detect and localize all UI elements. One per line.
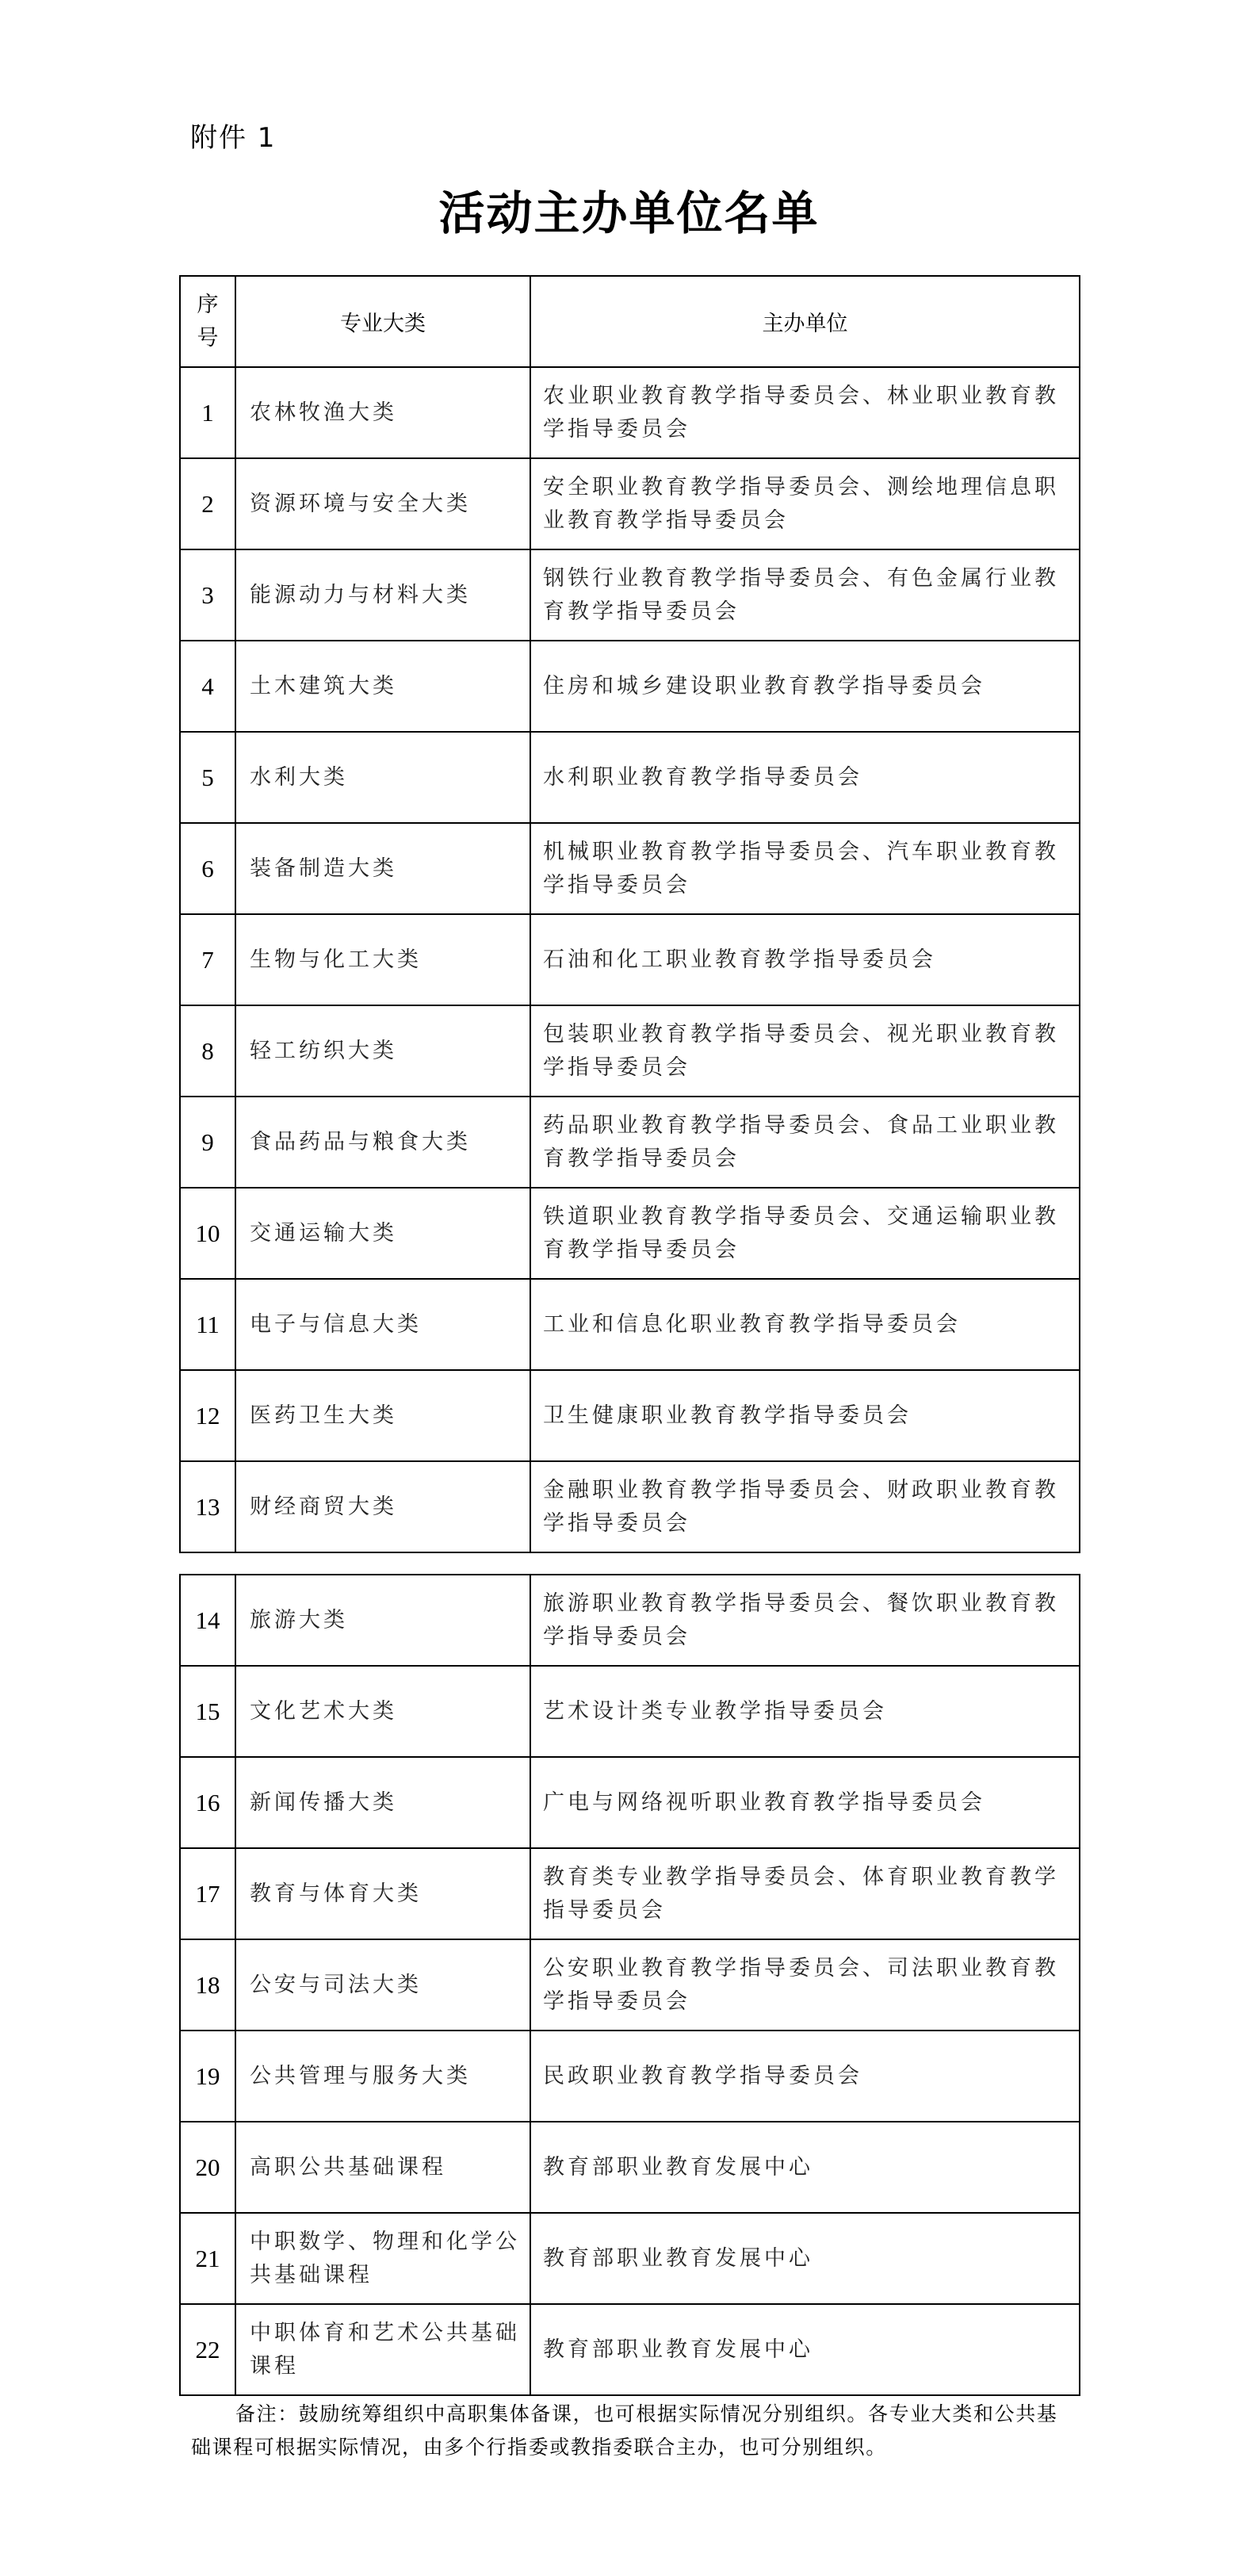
header-no: 序号 [180,276,235,367]
row-no: 9 [180,1097,235,1188]
row-category: 医药卫生大类 [235,1370,530,1461]
row-organizer: 住房和城乡建设职业教育教学指导委员会 [530,641,1080,732]
row-category: 轻工纺织大类 [235,1005,530,1097]
table-row: 6装备制造大类机械职业教育教学指导委员会、汽车职业教育教学指导委员会 [180,823,1080,914]
row-category: 公安与司法大类 [235,1939,530,2031]
row-no: 16 [180,1757,235,1848]
row-no: 6 [180,823,235,914]
attachment-label: 附件 1 [190,116,276,155]
table-row: 12医药卫生大类卫生健康职业教育教学指导委员会 [180,1370,1080,1461]
table-row: 15文化艺术大类艺术设计类专业教学指导委员会 [180,1666,1080,1757]
table-row: 18公安与司法大类公安职业教育教学指导委员会、司法职业教育教学指导委员会 [180,1939,1080,2031]
row-organizer: 广电与网络视听职业教育教学指导委员会 [530,1757,1080,1848]
row-no: 3 [180,549,235,641]
row-category: 文化艺术大类 [235,1666,530,1757]
row-organizer: 教育部职业教育发展中心 [530,2213,1080,2304]
row-organizer: 公安职业教育教学指导委员会、司法职业教育教学指导委员会 [530,1939,1080,2031]
row-organizer: 旅游职业教育教学指导委员会、餐饮职业教育教学指导委员会 [530,1575,1080,1666]
row-category: 能源动力与材料大类 [235,549,530,641]
row-category: 食品药品与粮食大类 [235,1097,530,1188]
table-row: 19公共管理与服务大类民政职业教育教学指导委员会 [180,2031,1080,2122]
organizer-table-part-2: 14旅游大类旅游职业教育教学指导委员会、餐饮职业教育教学指导委员会 15文化艺术… [179,1574,1080,2396]
row-category: 生物与化工大类 [235,914,530,1005]
row-no: 5 [180,732,235,823]
row-no: 19 [180,2031,235,2122]
row-no: 7 [180,914,235,1005]
row-organizer: 水利职业教育教学指导委员会 [530,732,1080,823]
row-organizer: 安全职业教育教学指导委员会、测绘地理信息职业教育教学指导委员会 [530,458,1080,549]
table-row: 3能源动力与材料大类钢铁行业教育教学指导委员会、有色金属行业教育教学指导委员会 [180,549,1080,641]
row-category: 土木建筑大类 [235,641,530,732]
table-row: 20高职公共基础课程教育部职业教育发展中心 [180,2122,1080,2213]
row-category: 中职体育和艺术公共基础课程 [235,2304,530,2395]
row-no: 1 [180,367,235,458]
table-row: 10交通运输大类铁道职业教育教学指导委员会、交通运输职业教育教学指导委员会 [180,1188,1080,1279]
row-no: 18 [180,1939,235,2031]
row-no: 14 [180,1575,235,1666]
table-row: 8轻工纺织大类包装职业教育教学指导委员会、视光职业教育教学指导委员会 [180,1005,1080,1097]
footnote: 备注：鼓励统筹组织中高职集体备课，也可根据实际情况分别组织。各专业大类和公共基础… [191,2398,1071,2464]
table-row: 22中职体育和艺术公共基础课程教育部职业教育发展中心 [180,2304,1080,2395]
row-category: 公共管理与服务大类 [235,2031,530,2122]
table-row: 11电子与信息大类工业和信息化职业教育教学指导委员会 [180,1279,1080,1370]
row-category: 教育与体育大类 [235,1848,530,1939]
row-no: 8 [180,1005,235,1097]
row-organizer: 金融职业教育教学指导委员会、财政职业教育教学指导委员会 [530,1461,1080,1552]
table-row: 16新闻传播大类广电与网络视听职业教育教学指导委员会 [180,1757,1080,1848]
row-organizer: 包装职业教育教学指导委员会、视光职业教育教学指导委员会 [530,1005,1080,1097]
row-category: 电子与信息大类 [235,1279,530,1370]
row-category: 旅游大类 [235,1575,530,1666]
row-organizer: 机械职业教育教学指导委员会、汽车职业教育教学指导委员会 [530,823,1080,914]
table-row: 5水利大类水利职业教育教学指导委员会 [180,732,1080,823]
table-row: 17教育与体育大类教育类专业教学指导委员会、体育职业教育教学指导委员会 [180,1848,1080,1939]
row-category: 高职公共基础课程 [235,2122,530,2213]
header-organizer: 主办单位 [530,276,1080,367]
row-organizer: 铁道职业教育教学指导委员会、交通运输职业教育教学指导委员会 [530,1188,1080,1279]
row-no: 17 [180,1848,235,1939]
table-row: 1农林牧渔大类农业职业教育教学指导委员会、林业职业教育教学指导委员会 [180,367,1080,458]
row-no: 10 [180,1188,235,1279]
table-row: 2资源环境与安全大类安全职业教育教学指导委员会、测绘地理信息职业教育教学指导委员… [180,458,1080,549]
row-organizer: 钢铁行业教育教学指导委员会、有色金属行业教育教学指导委员会 [530,549,1080,641]
row-organizer: 农业职业教育教学指导委员会、林业职业教育教学指导委员会 [530,367,1080,458]
row-organizer: 石油和化工职业教育教学指导委员会 [530,914,1080,1005]
table-row: 21中职数学、物理和化学公共基础课程教育部职业教育发展中心 [180,2213,1080,2304]
row-no: 12 [180,1370,235,1461]
row-no: 11 [180,1279,235,1370]
table-row: 14旅游大类旅游职业教育教学指导委员会、餐饮职业教育教学指导委员会 [180,1575,1080,1666]
table-header-row: 序号 专业大类 主办单位 [180,276,1080,367]
row-organizer: 工业和信息化职业教育教学指导委员会 [530,1279,1080,1370]
page-title: 活动主办单位名单 [0,176,1258,243]
row-no: 15 [180,1666,235,1757]
row-organizer: 教育部职业教育发展中心 [530,2304,1080,2395]
row-category: 财经商贸大类 [235,1461,530,1552]
row-organizer: 教育部职业教育发展中心 [530,2122,1080,2213]
table-row: 4土木建筑大类住房和城乡建设职业教育教学指导委员会 [180,641,1080,732]
row-no: 20 [180,2122,235,2213]
row-organizer: 卫生健康职业教育教学指导委员会 [530,1370,1080,1461]
header-no-label: 序号 [196,289,220,355]
row-category: 装备制造大类 [235,823,530,914]
organizer-table-part-1: 序号 专业大类 主办单位 1农林牧渔大类农业职业教育教学指导委员会、林业职业教育… [179,275,1080,1553]
row-no: 21 [180,2213,235,2304]
row-organizer: 教育类专业教学指导委员会、体育职业教育教学指导委员会 [530,1848,1080,1939]
header-category: 专业大类 [235,276,530,367]
row-no: 4 [180,641,235,732]
row-category: 资源环境与安全大类 [235,458,530,549]
row-category: 新闻传播大类 [235,1757,530,1848]
row-organizer: 民政职业教育教学指导委员会 [530,2031,1080,2122]
table-row: 7生物与化工大类石油和化工职业教育教学指导委员会 [180,914,1080,1005]
row-category: 交通运输大类 [235,1188,530,1279]
row-no: 22 [180,2304,235,2395]
row-no: 13 [180,1461,235,1552]
row-no: 2 [180,458,235,549]
table-row: 9食品药品与粮食大类药品职业教育教学指导委员会、食品工业职业教育教学指导委员会 [180,1097,1080,1188]
row-category: 中职数学、物理和化学公共基础课程 [235,2213,530,2304]
row-category: 水利大类 [235,732,530,823]
table-row: 13财经商贸大类金融职业教育教学指导委员会、财政职业教育教学指导委员会 [180,1461,1080,1552]
row-organizer: 艺术设计类专业教学指导委员会 [530,1666,1080,1757]
row-organizer: 药品职业教育教学指导委员会、食品工业职业教育教学指导委员会 [530,1097,1080,1188]
row-category: 农林牧渔大类 [235,367,530,458]
